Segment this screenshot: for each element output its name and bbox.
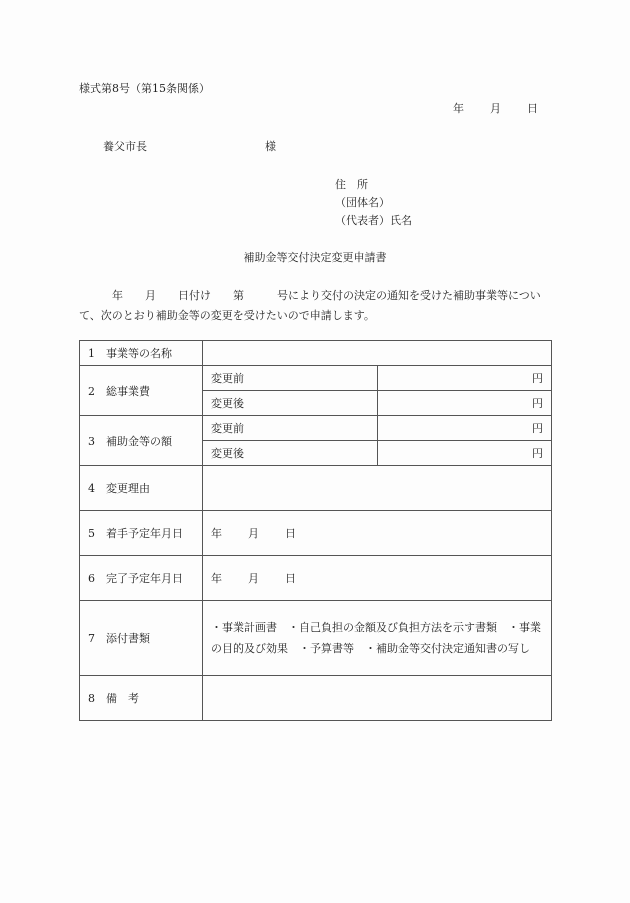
address-label: 住 所 <box>335 176 412 194</box>
start-date-field[interactable]: 年月日 <box>203 511 552 556</box>
yen-unit: 円 <box>532 372 543 385</box>
body-paragraph: 年 月 日付け 第 号により交付の決定の通知を受けた補助事業等について、次のとお… <box>79 286 559 326</box>
table-row-subsidy-before: 3補助金等の額 変更前 円 <box>80 416 552 441</box>
group-name-label: （団体名） <box>335 194 412 212</box>
addressee-honorific: 様 <box>265 138 276 154</box>
project-name-field[interactable] <box>203 341 552 366</box>
date-month: 月 <box>490 100 501 116</box>
yen-unit: 円 <box>532 397 543 410</box>
row-label: 1事業等の名称 <box>80 341 203 366</box>
total-cost-after-field[interactable]: 円 <box>377 391 552 416</box>
addressee: 養父市長 様 <box>103 138 147 154</box>
total-cost-before-field[interactable]: 円 <box>377 366 552 391</box>
table-row-total-cost-before: 2総事業費 変更前 円 <box>80 366 552 391</box>
after-label: 変更後 <box>203 441 378 466</box>
table-row-attachments: 7添付書類 ・事業計画書 ・自己負担の金額及び負担方法を示す書類 ・事業の目的及… <box>80 601 552 676</box>
yen-unit: 円 <box>532 447 543 460</box>
after-label: 変更後 <box>203 391 378 416</box>
row-label: 4変更理由 <box>80 466 203 511</box>
table-row-remarks: 8備 考 <box>80 676 552 721</box>
row-label: 3補助金等の額 <box>80 416 203 466</box>
date-year: 年 <box>453 100 464 116</box>
before-label: 変更前 <box>203 366 378 391</box>
document-title: 補助金等交付決定変更申請書 <box>0 249 630 265</box>
row-label: 6完了予定年月日 <box>80 556 203 601</box>
date-day: 日 <box>527 100 538 116</box>
representative-name-label: （代表者）氏名 <box>335 212 412 230</box>
table-row-project-name: 1事業等の名称 <box>80 341 552 366</box>
table-row-completion-date: 6完了予定年月日 年月日 <box>80 556 552 601</box>
row-label: 7添付書類 <box>80 601 203 676</box>
completion-date-field[interactable]: 年月日 <box>203 556 552 601</box>
change-reason-field[interactable] <box>203 466 552 511</box>
submission-date: 年月日 <box>453 100 538 116</box>
row-label: 5着手予定年月日 <box>80 511 203 556</box>
table-row-change-reason: 4変更理由 <box>80 466 552 511</box>
addressee-name: 養父市長 <box>103 140 147 153</box>
applicant-block: 住 所 （団体名） （代表者）氏名 <box>335 176 412 230</box>
before-label: 変更前 <box>203 416 378 441</box>
remarks-field[interactable] <box>203 676 552 721</box>
application-table: 1事業等の名称 2総事業費 変更前 円 変更後 円 3補助金等の額 変更前 円 … <box>79 340 552 721</box>
table-row-start-date: 5着手予定年月日 年月日 <box>80 511 552 556</box>
yen-unit: 円 <box>532 422 543 435</box>
attachments-list: ・事業計画書 ・自己負担の金額及び負担方法を示す書類 ・事業の目的及び効果 ・予… <box>203 601 552 676</box>
form-number: 様式第8号（第15条関係） <box>79 80 210 96</box>
row-label: 8備 考 <box>80 676 203 721</box>
row-label: 2総事業費 <box>80 366 203 416</box>
subsidy-after-field[interactable]: 円 <box>377 441 552 466</box>
subsidy-before-field[interactable]: 円 <box>377 416 552 441</box>
